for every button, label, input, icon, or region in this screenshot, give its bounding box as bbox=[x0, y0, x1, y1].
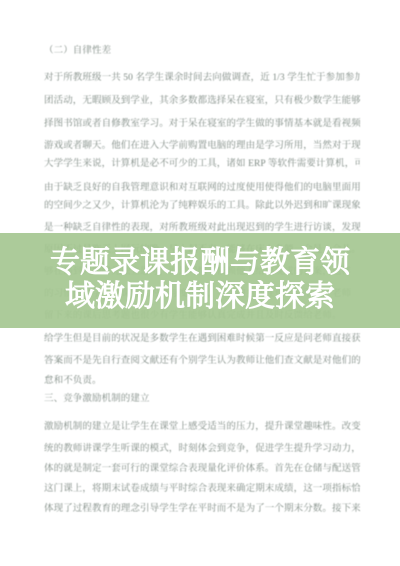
document-text-line: 游戏或者聊天。他们在进入大学前购置电脑的理由是学习所用，当然对于现代 bbox=[44, 140, 360, 154]
overlay-title-line-2: 域激励机制深度探索 bbox=[0, 280, 400, 314]
document-text-line: 由于缺乏良好的自我管理意识和对互联网的过度使用使得他们的电脑里面用来学习 bbox=[44, 182, 360, 196]
document-text-line: 的空间少之又少，计算机沦为了纯粹娱乐的工具。除此以外迟到和旷课现象也 bbox=[44, 200, 360, 214]
document-text-line: 答案而不是先自行查阅文献还有个别学生认为教师让他们查文献是对他们的懈 bbox=[44, 355, 360, 369]
document-text-line: 激励机制的建立是让学生在课堂上感受适当的压力，提升课堂趣味性。改变传 bbox=[44, 421, 360, 435]
document-text-line: 体现了过程教育的理念引导学生学在平时而不是为了一个期末分数。接下来， bbox=[44, 503, 360, 517]
document-text-line: 大学学生来说，计算机是必不可少的工具，诸如 ERP 等软件需要计算机，可是 bbox=[44, 158, 360, 172]
section-heading: （二）自律性差 bbox=[44, 45, 360, 59]
overlay-title-line-1: 专题录课报酬与教育领 bbox=[0, 246, 400, 280]
document-text-line: 怠和不负责。 bbox=[44, 375, 360, 389]
document-page: （二）自律性差 对于所教班级一共 50 名学生课余时间去向做调查，近 1/3 学… bbox=[0, 0, 400, 566]
document-text-line: 给学生但是目前的状况是多数学生在遇到困难时候第一反应是问老师直接获得 bbox=[44, 333, 360, 347]
section-heading: 三、竞争激励机制的建立 bbox=[44, 393, 360, 407]
document-text-line: 体的就是制定一套可行的课堂综合表现量化评价体系。首先在仓储与配送管理 bbox=[44, 463, 360, 477]
document-text-line: 统的教师讲课学生听课的模式，时刻体会到竞争，促进学生提升学习动力，具 bbox=[44, 443, 360, 457]
overlay-title: 专题录课报酬与教育领 域激励机制深度探索 bbox=[0, 246, 400, 314]
document-text-line: 团活动，无暇顾及到学业，其余多数都选择呆在寝室，只有极少数学生能够选 bbox=[44, 95, 360, 109]
document-text-line: 择图书馆或者自修教室学习。对于呆在寝室的学生做的事情基本就是看视频、 bbox=[44, 118, 360, 132]
document-text-line: 对于所教班级一共 50 名学生课余时间去向做调查，近 1/3 学生忙于参加参加社 bbox=[44, 72, 360, 86]
document-text-line: 这门课上，将期末试卷成绩与平时综合表现来确定期末成绩，这一项指标恰恰 bbox=[44, 483, 360, 497]
